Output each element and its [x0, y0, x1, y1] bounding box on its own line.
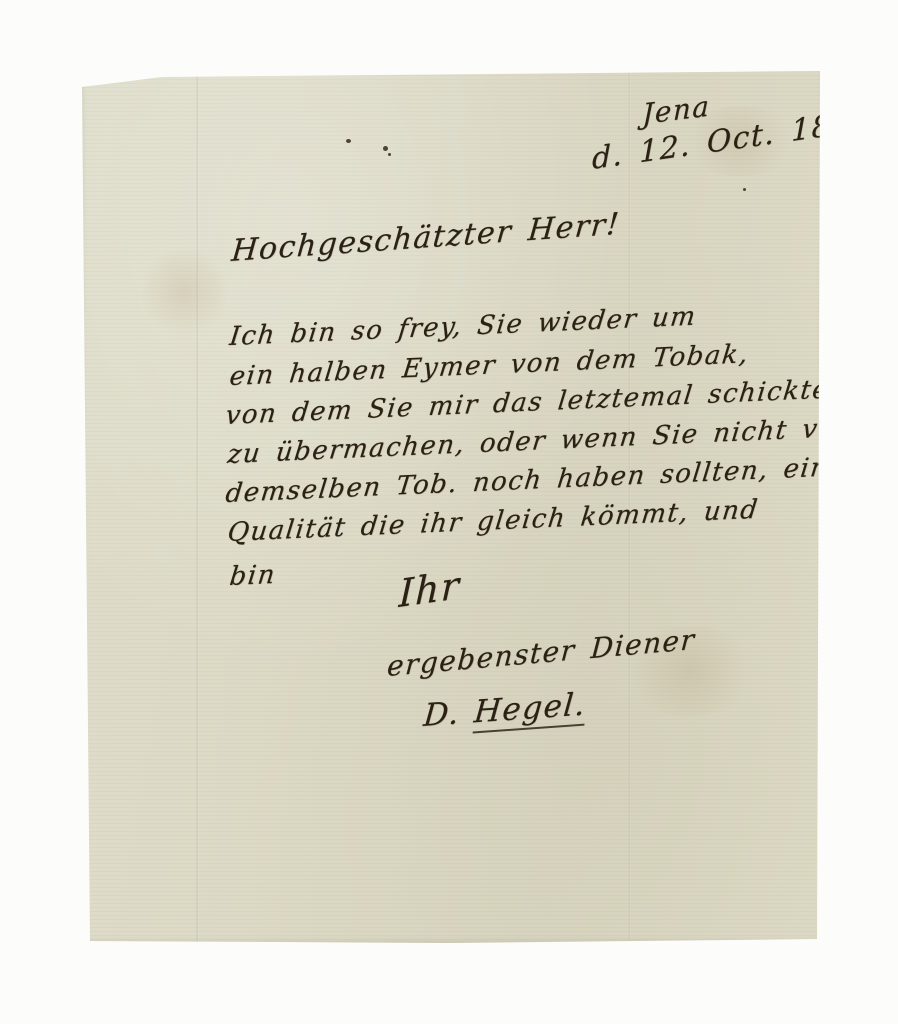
photo-canvas: Jena d. 12. Oct. 1801 Hochgeschätzter He…	[0, 0, 898, 1024]
signature-name: Hegel.	[472, 686, 588, 733]
salutation: Hochgeschätzter Herr!	[230, 207, 622, 269]
ink-speck	[743, 188, 746, 191]
letter-paper: Jena d. 12. Oct. 1801 Hochgeschätzter He…	[80, 66, 822, 944]
foxing-spot	[140, 246, 230, 336]
fold-crease-left	[196, 66, 199, 944]
body-line: bin	[228, 560, 278, 592]
ink-speck	[388, 153, 391, 156]
ink-speck	[383, 146, 388, 151]
ink-speck	[346, 139, 351, 143]
signature: D.Hegel.	[422, 686, 588, 734]
signature-initial: D.	[422, 695, 462, 734]
closing-pronoun: Ihr	[398, 563, 461, 616]
